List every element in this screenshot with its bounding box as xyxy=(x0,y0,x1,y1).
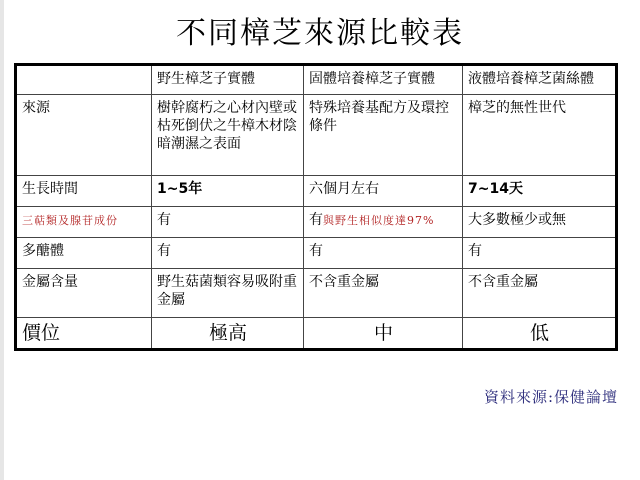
table-cell: 極高 xyxy=(152,318,304,350)
table-row: 生長時間 1~5年 六個月左右 7~14天 xyxy=(16,176,617,207)
row-label: 來源 xyxy=(16,95,152,176)
table-cell: 有 xyxy=(304,238,463,269)
table-cell: 不含重金屬 xyxy=(304,269,463,318)
header-cell-liquid-culture: 液體培養樟芝菌絲體 xyxy=(463,65,617,95)
cell-value: 有 xyxy=(309,212,323,228)
table-cell: 不含重金屬 xyxy=(463,269,617,318)
row-label-text: 三萜類及腺苷成份 xyxy=(22,214,118,227)
comparison-table: 野生樟芝子實體 固體培養樟芝子實體 液體培養樟芝菌絲體 來源 樹幹腐朽之心材內壁… xyxy=(14,63,618,351)
table-cell: 有 xyxy=(463,238,617,269)
table-cell: 野生菇菌類容易吸附重金屬 xyxy=(152,269,304,318)
similarity-note: 與野生相似度達97% xyxy=(323,214,434,227)
table-cell: 六個月左右 xyxy=(304,176,463,207)
table-cell: 有與野生相似度達97% xyxy=(304,207,463,238)
row-label: 金屬含量 xyxy=(16,269,152,318)
table-row: 來源 樹幹腐朽之心材內壁或枯死倒伏之牛樟木材陰暗潮濕之表面 特殊培養基配方及環控… xyxy=(16,95,617,176)
header-cell-solid-culture: 固體培養樟芝子實體 xyxy=(304,65,463,95)
header-cell-empty xyxy=(16,65,152,95)
table-cell: 特殊培養基配方及環控條件 xyxy=(304,95,463,176)
table-row: 價位 極高 中 低 xyxy=(16,318,617,350)
table-cell: 有 xyxy=(152,238,304,269)
table-row: 三萜類及腺苷成份 有 有與野生相似度達97% 大多數極少或無 xyxy=(16,207,617,238)
table-cell: 低 xyxy=(463,318,617,350)
table-header-row: 野生樟芝子實體 固體培養樟芝子實體 液體培養樟芝菌絲體 xyxy=(16,65,617,95)
table-cell: 1~5年 xyxy=(152,176,304,207)
table-row: 金屬含量 野生菇菌類容易吸附重金屬 不含重金屬 不含重金屬 xyxy=(16,269,617,318)
table-cell: 中 xyxy=(304,318,463,350)
page-title: 不同樟芝來源比較表 xyxy=(0,14,640,54)
table-cell: 大多數極少或無 xyxy=(463,207,617,238)
row-label: 多醣體 xyxy=(16,238,152,269)
table-cell: 7~14天 xyxy=(463,176,617,207)
table-cell: 有 xyxy=(152,207,304,238)
table-cell: 樹幹腐朽之心材內壁或枯死倒伏之牛樟木材陰暗潮濕之表面 xyxy=(152,95,304,176)
table-row: 多醣體 有 有 有 xyxy=(16,238,617,269)
row-label: 生長時間 xyxy=(16,176,152,207)
header-cell-wild: 野生樟芝子實體 xyxy=(152,65,304,95)
source-note: 資料來源:保健論壇 xyxy=(484,386,618,407)
table-cell: 樟芝的無性世代 xyxy=(463,95,617,176)
slide-edge xyxy=(0,0,4,480)
row-label: 價位 xyxy=(16,318,152,350)
row-label: 三萜類及腺苷成份 xyxy=(16,207,152,238)
